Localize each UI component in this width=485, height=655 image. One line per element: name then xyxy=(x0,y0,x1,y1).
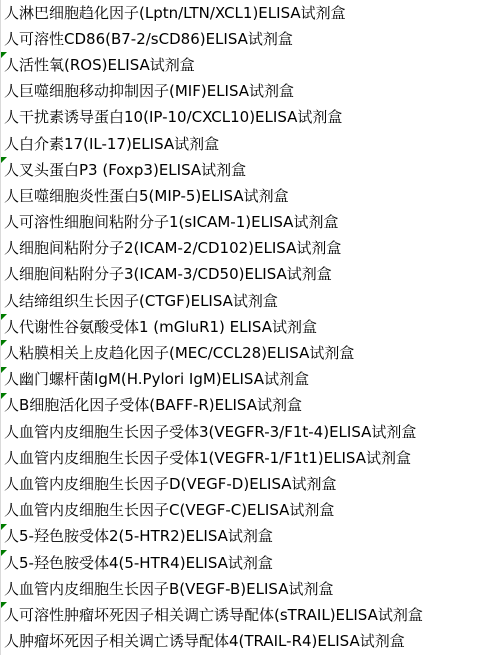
list-item[interactable]: 人细胞间粘附分子2(ICAM-2/CD102)ELISA试剂盒 xyxy=(1,236,485,262)
list-item[interactable]: 人幽门螺杆菌IgM(H.Pylori IgM)ELISA试剂盒 xyxy=(1,367,485,393)
list-item[interactable]: 人粘膜相关上皮趋化因子(MEC/CCL28)ELISA试剂盒 xyxy=(1,340,485,366)
product-name: 人可溶性细胞间粘附分子1(sICAM-1)ELISA试剂盒 xyxy=(4,215,338,230)
list-item[interactable]: 人5-羟色胺受体4(5-HTR4)ELISA试剂盒 xyxy=(1,550,485,576)
product-name: 人可溶性肿瘤坏死因子相关调亡诱导配体(sTRAIL)ELISA试剂盒 xyxy=(4,608,423,623)
product-name: 人血管内皮细胞生长因子受体1(VEGFR-1/F1t1)ELISA试剂盒 xyxy=(4,451,411,466)
error-indicator-icon xyxy=(1,367,7,373)
product-name: 人细胞间粘附分子2(ICAM-2/CD102)ELISA试剂盒 xyxy=(4,241,341,256)
product-name: 人血管内皮细胞生长因子D(VEGF-D)ELISA试剂盒 xyxy=(4,477,337,492)
product-name: 人结缔组织生长因子(CTGF)ELISA试剂盒 xyxy=(4,294,278,309)
error-indicator-icon xyxy=(1,340,7,346)
product-name: 人粘膜相关上皮趋化因子(MEC/CCL28)ELISA试剂盒 xyxy=(4,346,354,361)
list-item[interactable]: 人血管内皮细胞生长因子B(VEGF-B)ELISA试剂盒 xyxy=(1,576,485,602)
list-item[interactable]: 人叉头蛋白P3 (Foxp3)ELISA试剂盒 xyxy=(1,157,485,183)
product-name: 人巨噬细胞炎性蛋白5(MIP-5)ELISA试剂盒 xyxy=(4,189,289,204)
product-name: 人肿瘤坏死因子相关调亡诱导配体4(TRAIL-R4)ELISA试剂盒 xyxy=(4,634,405,649)
list-item[interactable]: 人血管内皮细胞生长因子D(VEGF-D)ELISA试剂盒 xyxy=(1,471,485,497)
list-item[interactable]: 人5-羟色胺受体2(5-HTR2)ELISA试剂盒 xyxy=(1,524,485,550)
list-item[interactable]: 人可溶性肿瘤坏死因子相关调亡诱导配体(sTRAIL)ELISA试剂盒 xyxy=(1,602,485,628)
list-item[interactable]: 人淋巴细胞趋化因子(Lptn/LTN/XCL1)ELISA试剂盒 xyxy=(1,0,485,26)
product-name: 人叉头蛋白P3 (Foxp3)ELISA试剂盒 xyxy=(4,163,246,178)
product-name: 人B细胞活化因子受体(BAFF-R)ELISA试剂盒 xyxy=(4,398,302,413)
list-item[interactable]: 人可溶性CD86(B7-2/sCD86)ELISA试剂盒 xyxy=(1,26,485,52)
product-name: 人白介素17(IL-17)ELISA试剂盒 xyxy=(4,137,219,152)
product-name: 人5-羟色胺受体4(5-HTR4)ELISA试剂盒 xyxy=(4,556,273,571)
product-name: 人血管内皮细胞生长因子受体3(VEGFR-3/F1t-4)ELISA试剂盒 xyxy=(4,425,416,440)
product-name: 人干扰素诱导蛋白10(IP-10/CXCL10)ELISA试剂盒 xyxy=(4,110,342,125)
list-item[interactable]: 人血管内皮细胞生长因子受体1(VEGFR-1/F1t1)ELISA试剂盒 xyxy=(1,445,485,471)
product-name: 人5-羟色胺受体2(5-HTR2)ELISA试剂盒 xyxy=(4,529,273,544)
product-name: 人幽门螺杆菌IgM(H.Pylori IgM)ELISA试剂盒 xyxy=(4,372,309,387)
product-name: 人血管内皮细胞生长因子B(VEGF-B)ELISA试剂盒 xyxy=(4,582,333,597)
list-item[interactable]: 人白介素17(IL-17)ELISA试剂盒 xyxy=(1,131,485,157)
product-name: 人可溶性CD86(B7-2/sCD86)ELISA试剂盒 xyxy=(4,32,293,47)
list-item[interactable]: 人可溶性细胞间粘附分子1(sICAM-1)ELISA试剂盒 xyxy=(1,210,485,236)
error-indicator-icon xyxy=(1,550,7,556)
list-item[interactable]: 人结缔组织生长因子(CTGF)ELISA试剂盒 xyxy=(1,288,485,314)
error-indicator-icon xyxy=(1,602,7,608)
list-item[interactable]: 人肿瘤坏死因子相关调亡诱导配体4(TRAIL-R4)ELISA试剂盒 xyxy=(1,629,485,655)
list-item[interactable]: 人血管内皮细胞生长因子受体3(VEGFR-3/F1t-4)ELISA试剂盒 xyxy=(1,419,485,445)
list-item[interactable]: 人代谢性谷氨酸受体1 (mGluR1) ELISA试剂盒 xyxy=(1,314,485,340)
product-name: 人淋巴细胞趋化因子(Lptn/LTN/XCL1)ELISA试剂盒 xyxy=(4,6,346,21)
list-item[interactable]: 人血管内皮细胞生长因子C(VEGF-C)ELISA试剂盒 xyxy=(1,498,485,524)
list-item[interactable]: 人巨噬细胞移动抑制因子(MIF)ELISA试剂盒 xyxy=(1,79,485,105)
list-item[interactable]: 人干扰素诱导蛋白10(IP-10/CXCL10)ELISA试剂盒 xyxy=(1,105,485,131)
product-name: 人血管内皮细胞生长因子C(VEGF-C)ELISA试剂盒 xyxy=(4,503,334,518)
error-indicator-icon xyxy=(1,393,7,399)
list-item[interactable]: 人B细胞活化因子受体(BAFF-R)ELISA试剂盒 xyxy=(1,393,485,419)
list-item[interactable]: 人活性氧(ROS)ELISA试剂盒 xyxy=(1,52,485,78)
error-indicator-icon xyxy=(1,524,7,530)
list-item[interactable]: 人细胞间粘附分子3(ICAM-3/CD50)ELISA试剂盒 xyxy=(1,262,485,288)
product-name: 人活性氧(ROS)ELISA试剂盒 xyxy=(4,58,195,73)
error-indicator-icon xyxy=(1,314,7,320)
error-indicator-icon xyxy=(1,157,7,163)
product-name: 人巨噬细胞移动抑制因子(MIF)ELISA试剂盒 xyxy=(4,84,294,99)
product-list: 人淋巴细胞趋化因子(Lptn/LTN/XCL1)ELISA试剂盒人可溶性CD86… xyxy=(0,0,485,655)
list-item[interactable]: 人巨噬细胞炎性蛋白5(MIP-5)ELISA试剂盒 xyxy=(1,183,485,209)
product-name: 人代谢性谷氨酸受体1 (mGluR1) ELISA试剂盒 xyxy=(4,320,317,335)
error-indicator-icon xyxy=(1,52,7,58)
product-name: 人细胞间粘附分子3(ICAM-3/CD50)ELISA试剂盒 xyxy=(4,267,332,282)
